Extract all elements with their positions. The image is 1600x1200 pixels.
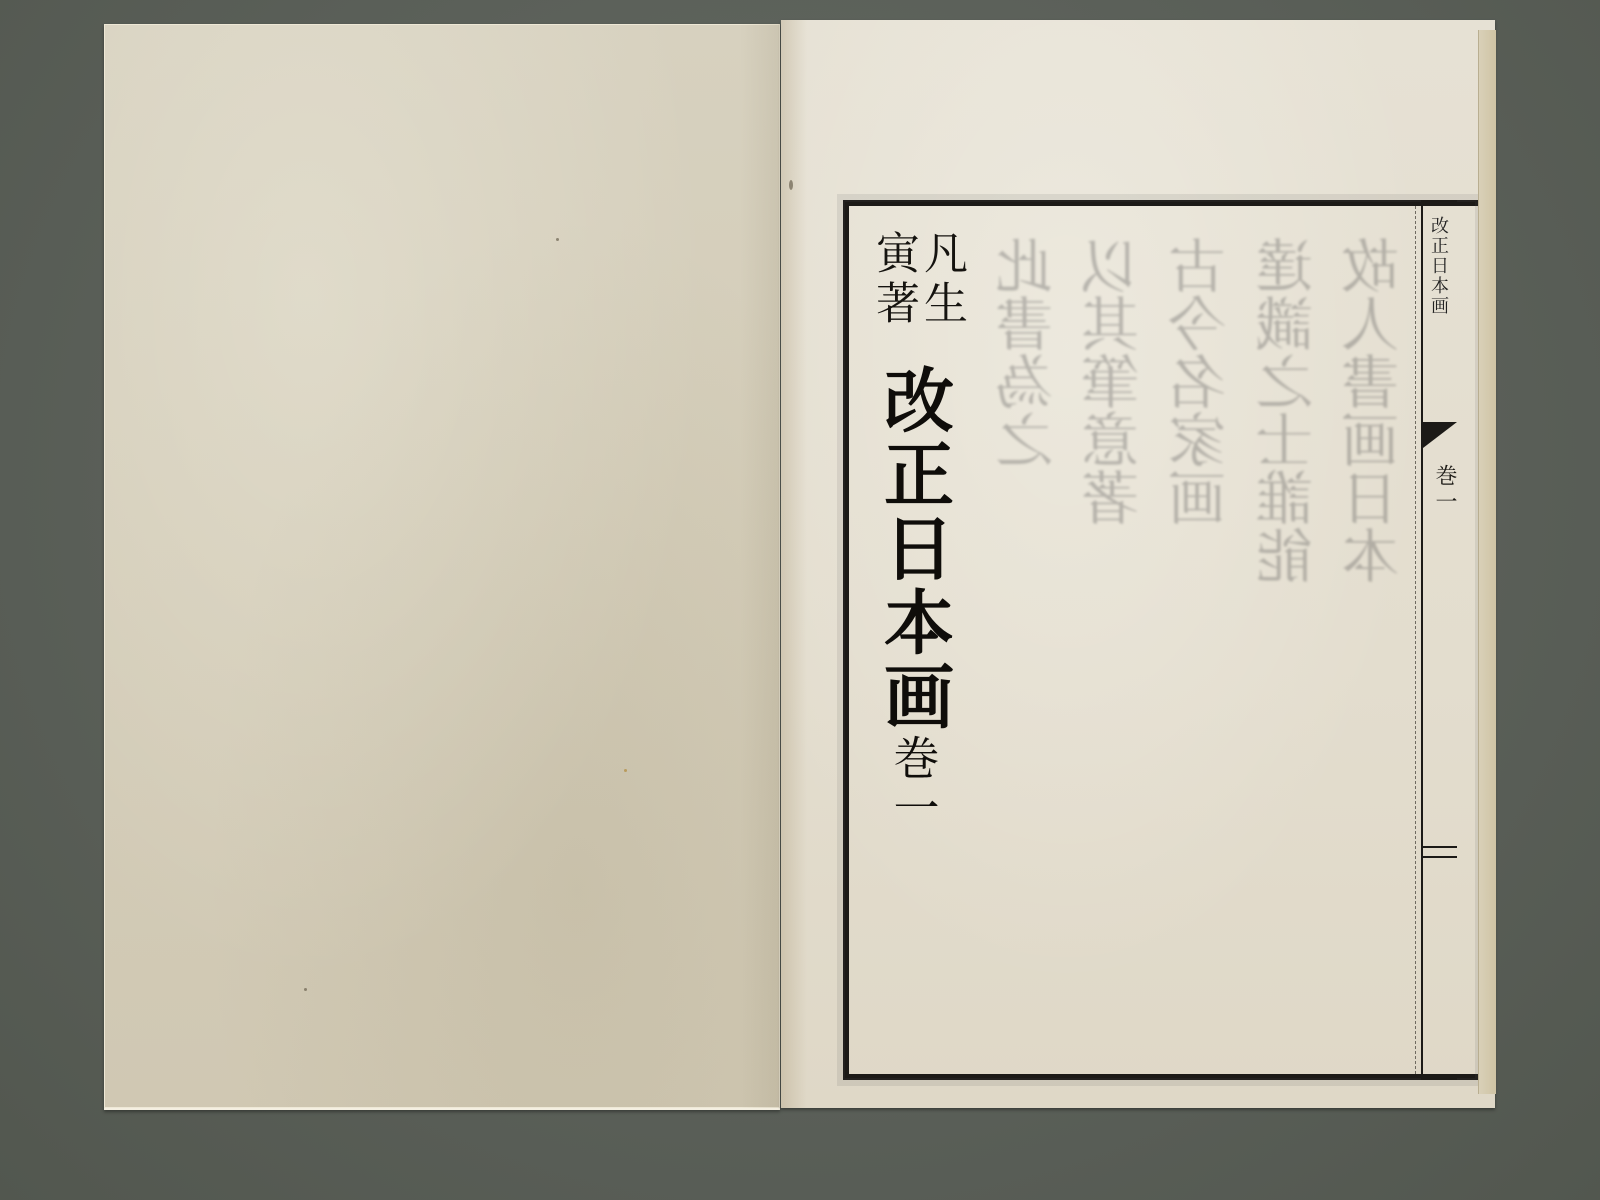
hanshin-title: 改正日本画: [1429, 216, 1447, 316]
bleed-through-text: 故人書画日本 達識之士誰能 古今名家画 以其筆意著 此書為之: [989, 236, 1409, 1056]
photo-background: 故人書画日本 達識之士誰能 古今名家画 以其筆意著 此書為之 凡生 寅著 改正日…: [0, 0, 1600, 1200]
ghost-column: 古今名家画: [1169, 236, 1236, 1056]
title-column: 凡生 寅著 改正日本画巻一: [871, 224, 981, 1064]
right-page-gutter-shadow: [781, 20, 807, 1108]
book-volume-text: 巻一: [887, 734, 941, 834]
printed-frame-border: 故人書画日本 達識之士誰能 古今名家画 以其筆意著 此書為之 凡生 寅著 改正日…: [843, 200, 1483, 1080]
book-title-text: 改正日本画: [873, 364, 956, 734]
paper-speck: [624, 769, 627, 772]
ghost-column: 故人書画日本: [1342, 236, 1409, 1056]
right-page-title-leaf: 故人書画日本 達識之士誰能 古今名家画 以其筆意著 此書為之 凡生 寅著 改正日…: [781, 20, 1495, 1108]
author-line-2: 寅著: [871, 230, 915, 330]
double-rule-mark: [1423, 846, 1457, 858]
ghost-column: 以其筆意著: [1082, 236, 1149, 1056]
hanshin-volume: 巻一: [1429, 464, 1460, 516]
hanshin-fold-strip: 改正日本画 巻一: [1421, 200, 1457, 1080]
left-page-gutter-shadow: [740, 24, 780, 1108]
book-fore-edge: [1478, 30, 1496, 1094]
left-page-endpaper: [104, 24, 780, 1110]
hanshin-dashed-rule: [1415, 206, 1416, 1074]
ghost-column: 達識之士誰能: [1256, 236, 1323, 1056]
paper-speck: [556, 238, 559, 241]
fishtail-mark-icon: [1423, 422, 1457, 448]
ghost-column: 此書為之: [996, 236, 1063, 1056]
paper-speck: [304, 988, 307, 991]
book-title: 改正日本画巻一: [877, 364, 951, 834]
author-line-1: 凡生: [919, 230, 963, 330]
ink-mark: [789, 180, 793, 190]
